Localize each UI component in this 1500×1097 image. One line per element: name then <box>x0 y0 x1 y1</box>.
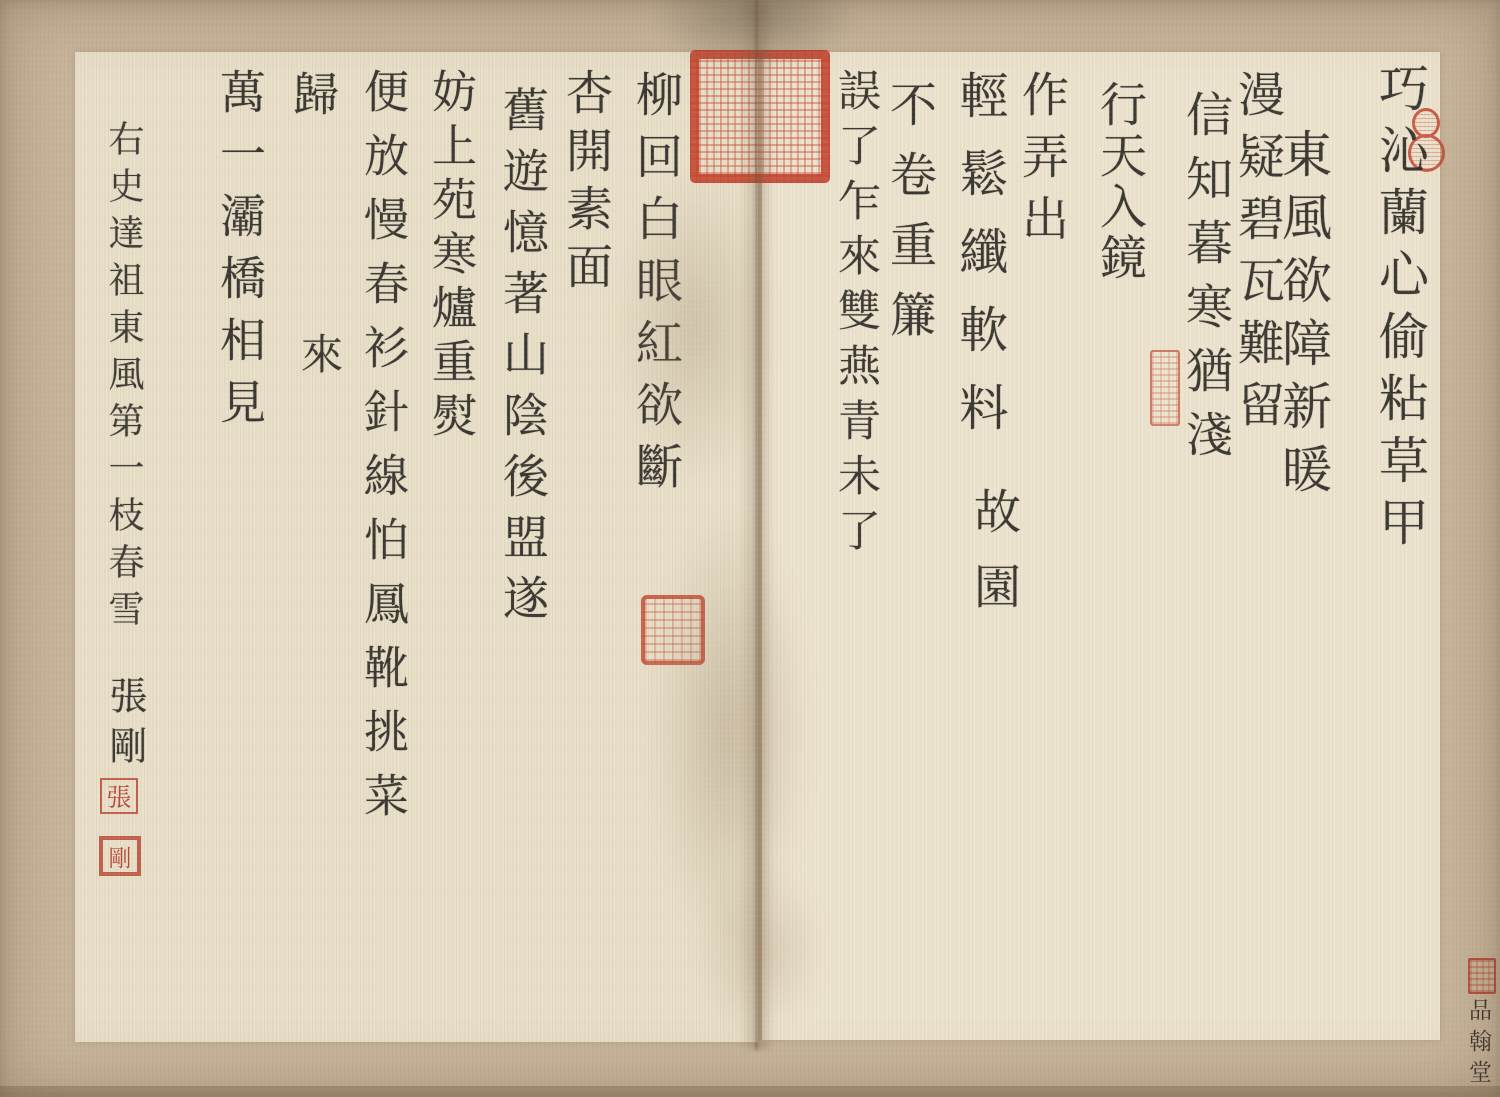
right-column-4: 信知暮寒猶淺 <box>1182 90 1229 474</box>
right-column-1: 巧沁蘭心偷粘草甲 <box>1375 62 1425 558</box>
corner-collection-seal <box>1468 958 1496 994</box>
right-column-3: 漫疑碧瓦難留 <box>1234 70 1281 442</box>
right-column-7: 輕鬆纖軟料 <box>956 70 1005 460</box>
left-column-5: 便放慢春衫針線怕鳳靴挑菜 <box>360 68 405 836</box>
large-collector-seal <box>690 50 830 183</box>
left-column-7: 萬一灞橋相見 <box>217 68 263 440</box>
right-column-7b: 故園 <box>970 487 1017 637</box>
left-column-1: 柳回白眼紅欲斷 <box>632 70 679 504</box>
colophon-column: 右史達祖東風第一枝春雪 <box>105 120 141 637</box>
right-column-5: 行天入鏡 <box>1096 80 1143 284</box>
collector-seal-small <box>1150 350 1180 426</box>
artist-seal-gang: 剛 <box>99 836 141 876</box>
signature: 張剛 <box>106 676 144 776</box>
calligraphy-album-leaf: 巧沁蘭心偷粘草甲 東風欲障新暖 漫疑碧瓦難留 信知暮寒猶淺 行天入鏡 作弄出 輕… <box>0 0 1500 1097</box>
hall-mark-text: 品翰堂 <box>1466 998 1489 1091</box>
right-column-6: 作弄出 <box>1018 70 1065 256</box>
mount-bottom-edge <box>0 1086 1500 1097</box>
artist-seal-zhang: 張 <box>100 778 138 814</box>
left-column-6a: 歸 <box>290 70 336 116</box>
square-seal-center-left <box>641 595 705 665</box>
left-column-4: 妨上苑寒爐重熨 <box>428 68 473 446</box>
right-column-8: 不卷重簾 <box>886 80 933 360</box>
right-column-9: 誤了乍來雙燕青未了 <box>834 68 877 563</box>
left-column-6b: 來 <box>298 332 340 374</box>
left-column-2: 杏開素面 <box>562 68 609 300</box>
left-column-3: 舊遊憶著山陰後盟遂 <box>500 86 546 635</box>
right-column-2: 東風欲障新暖 <box>1278 128 1328 506</box>
